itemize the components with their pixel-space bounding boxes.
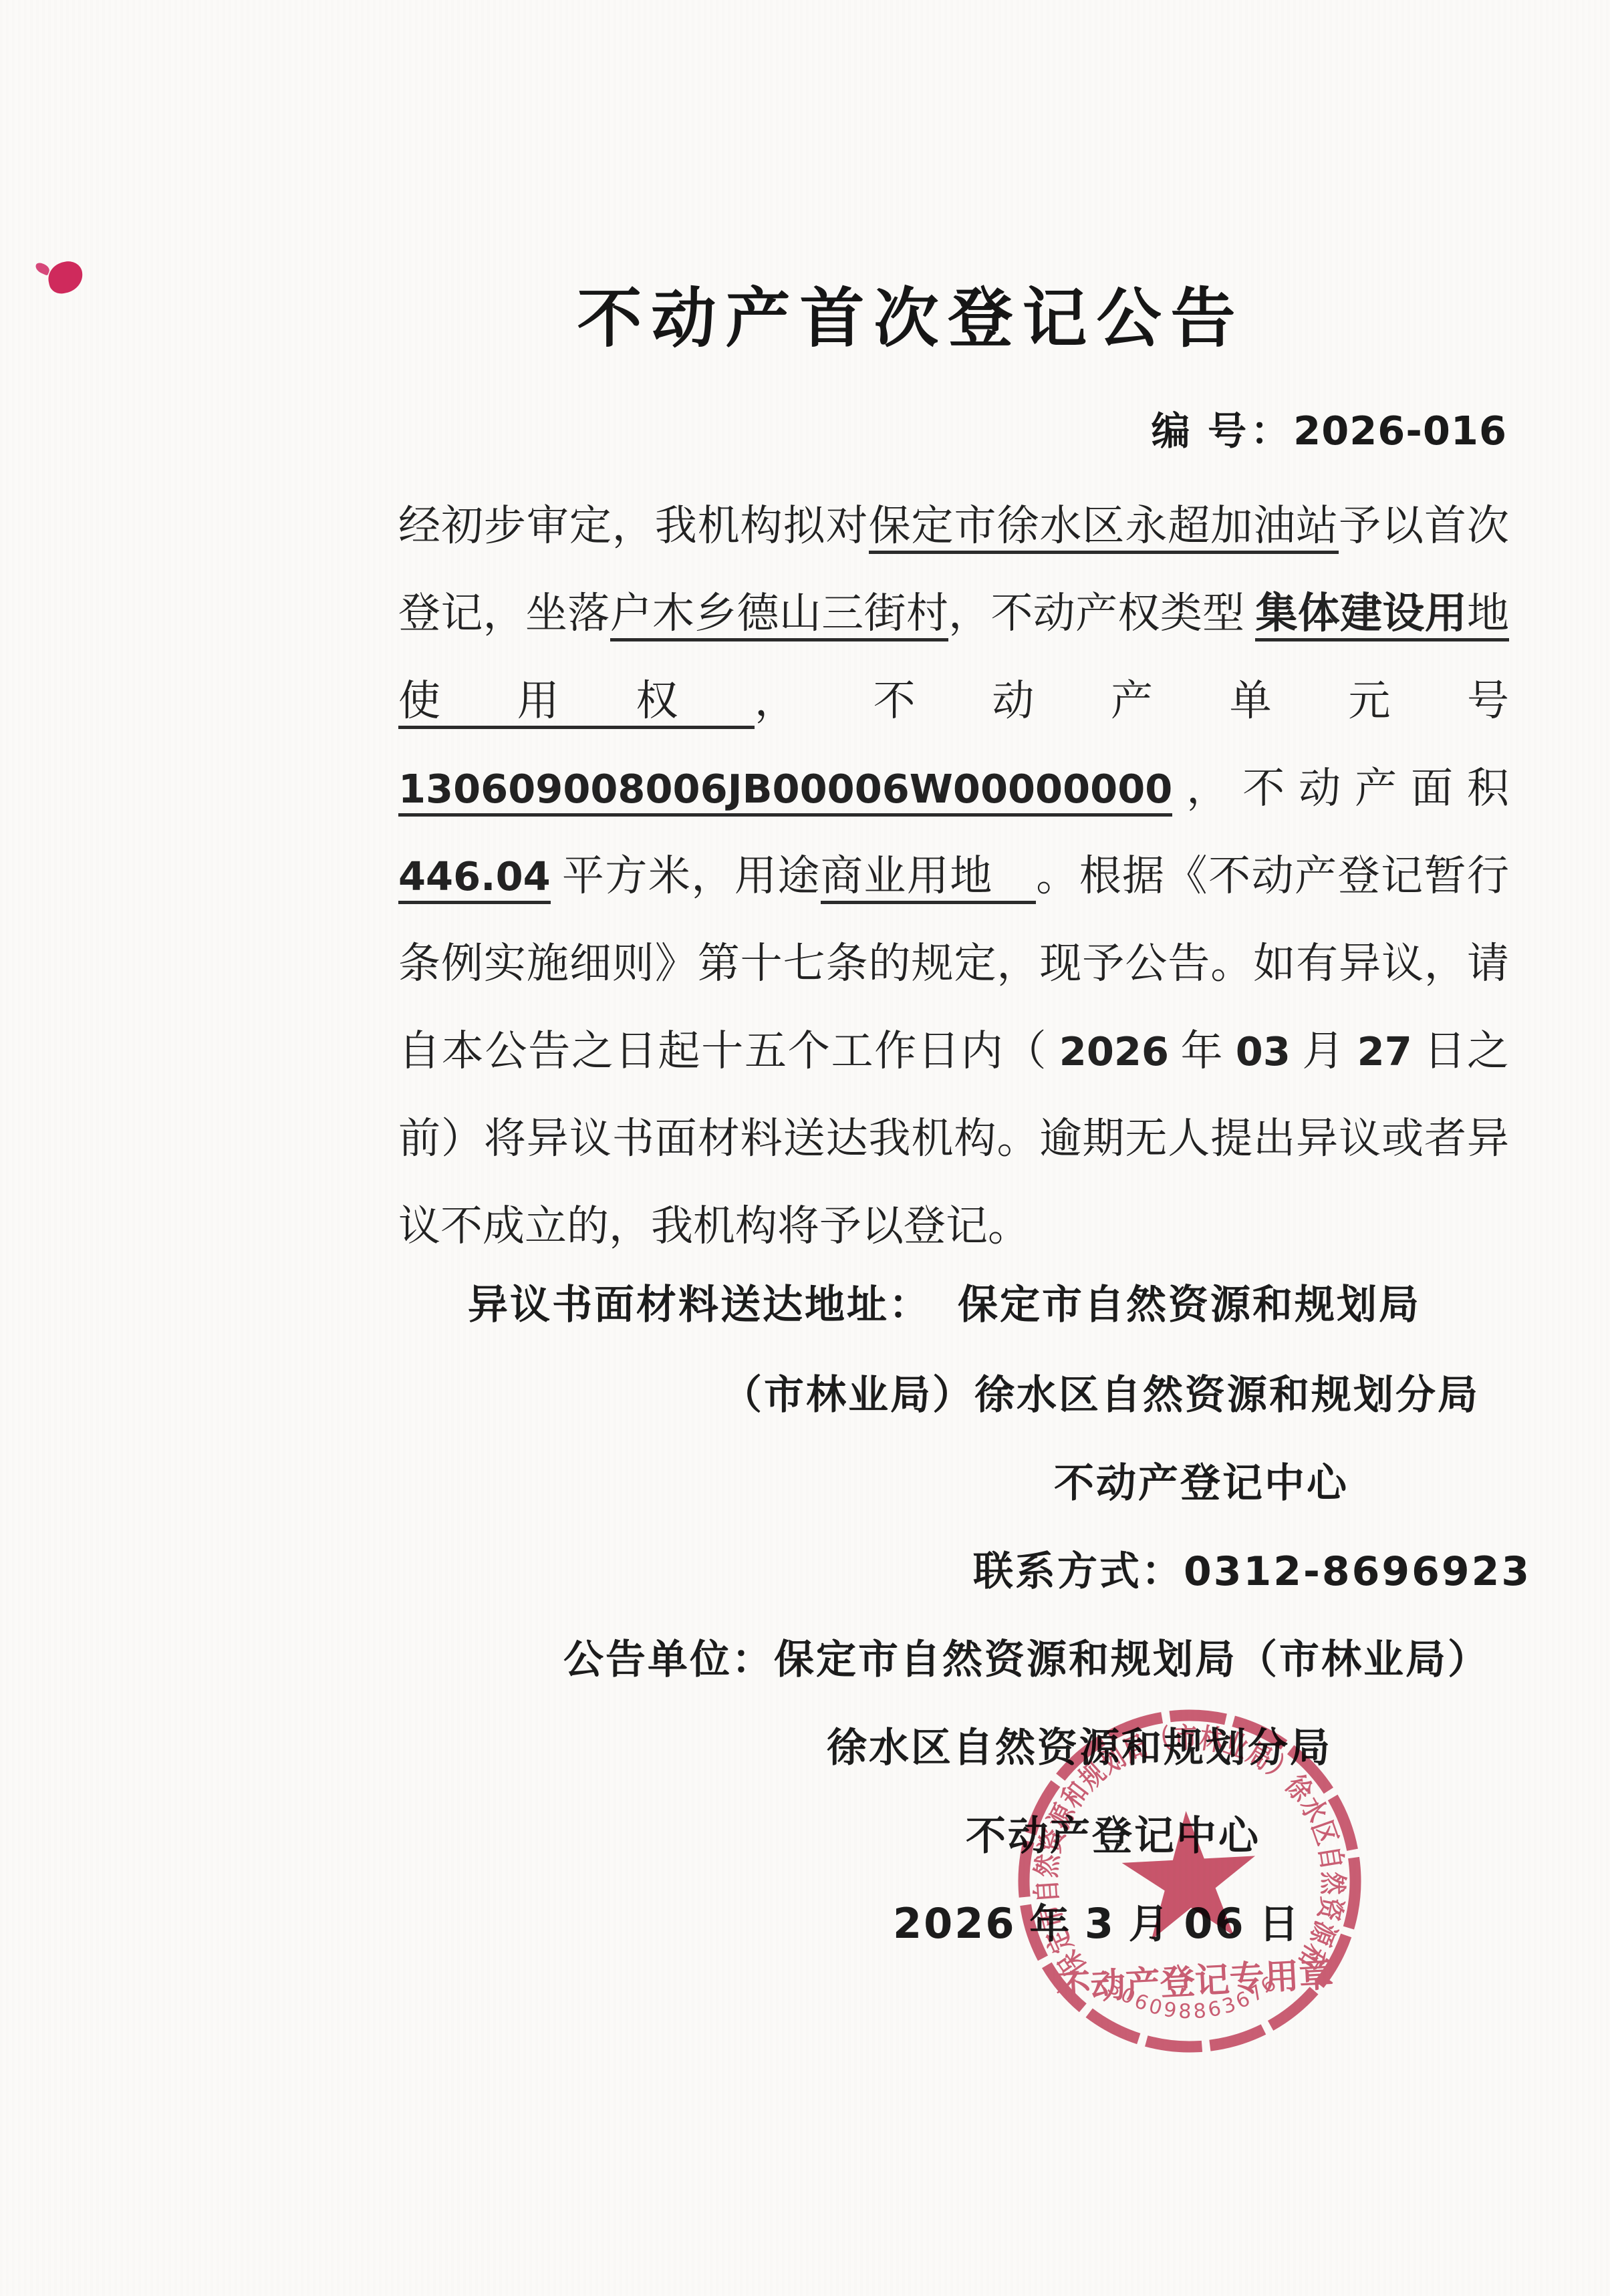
paragraph-segment: 平方米，用途: [551, 853, 821, 899]
unit-number-value: 130609008006JB00006W00000000: [398, 766, 1172, 817]
deadline-year: 2026: [1059, 1028, 1169, 1074]
paragraph-segment: ，不动产单元号: [755, 678, 1509, 724]
contact-line: 联系方式：0312-8696923: [973, 1540, 1531, 1597]
paragraph-segment: 年: [1169, 1028, 1236, 1074]
document-number-line: 编 号：2026-016: [398, 400, 1507, 456]
contact-label: 联系方式：: [973, 1549, 1184, 1594]
paragraph-segment: 经初步审定，我机构拟对: [398, 503, 869, 549]
objection-address-line2: （市林业局）徐水区自然资源和规划分局: [722, 1363, 1480, 1421]
objection-address-value: 保定市自然资源和规划局: [931, 1282, 1421, 1327]
deadline-day: 27: [1357, 1028, 1412, 1074]
paragraph-segment-underlined: 保定市徐水区永超加油站: [869, 503, 1339, 554]
objection-address-line: 异议书面材料送达地址：保定市自然资源和规划局: [468, 1273, 1421, 1330]
deadline-month: 03: [1236, 1028, 1291, 1074]
document-title: 不动产首次登记公告: [356, 266, 1466, 360]
paragraph-segment-underlined: 户木乡德山三街村: [610, 590, 949, 641]
paragraph-segment: ，不动产权类型: [948, 590, 1255, 637]
official-red-stamp: 保定市自然资源和规划局（市林业局）徐水区自然资源和规划分局 不动产登记专用章 1…: [972, 1663, 1407, 2099]
objection-address-line3: 不动产登记中心: [1054, 1451, 1349, 1509]
objection-address-label: 异议书面材料送达地址：: [468, 1282, 931, 1327]
document-number-value: 2026-016: [1293, 408, 1507, 454]
stamp-star-icon: [1119, 1808, 1259, 1941]
paragraph-segment: ，不动产面积: [1172, 765, 1509, 812]
contact-phone-number: 0312-8696923: [1184, 1548, 1531, 1595]
area-value: 446.04: [398, 853, 551, 904]
usage-value-underlined: 商业用地: [821, 853, 1036, 904]
pink-ink-blob: [45, 259, 86, 296]
paragraph-segment: 月: [1291, 1028, 1357, 1074]
paragraph-segment-underlined: 集体建设用: [1255, 590, 1467, 641]
announcement-paragraph: 经初步审定，我机构拟对保定市徐水区永超加油站予以首次登记，坐落户木乡德山三街村，…: [398, 482, 1509, 1270]
scanned-document-page: 不动产首次登记公告 编 号：2026-016 经初步审定，我机构拟对保定市徐水区…: [0, 0, 1610, 2296]
document-number-label: 编 号：: [1152, 410, 1294, 453]
